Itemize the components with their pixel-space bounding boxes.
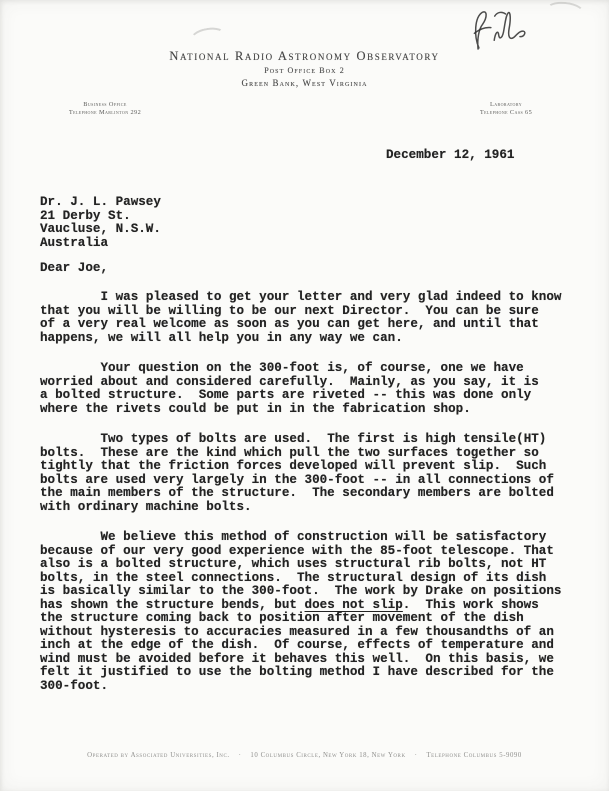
scan-artifact xyxy=(189,25,228,50)
laboratory-block: Laboratory Telephone Cass 65 xyxy=(436,101,576,116)
recipient-line: Vaucluse, N.S.W. xyxy=(40,223,161,237)
letter-body: I was pleased to get your letter and ver… xyxy=(40,291,581,710)
laboratory-label: Laboratory xyxy=(436,101,576,109)
recipient-line: Dr. J. L. Pawsey xyxy=(40,196,161,210)
page-footer: Operated by Associated Universities, Inc… xyxy=(0,752,609,759)
recipient-line: 21 Derby St. xyxy=(40,210,161,224)
business-office-label: Business Office xyxy=(35,101,175,109)
footer-separator: · xyxy=(239,752,242,759)
salutation: Dear Joe, xyxy=(40,262,108,276)
date-line: December 12, 1961 xyxy=(386,149,514,163)
footer-operated-by: Operated by Associated Universities, Inc… xyxy=(87,752,229,759)
organization-name: National Radio Astronomy Observatory xyxy=(0,50,609,63)
paragraph-1: I was pleased to get your letter and ver… xyxy=(40,291,581,345)
paragraph-3: Two types of bolts are used. The first i… xyxy=(40,433,581,514)
underlined-phrase: does not slip xyxy=(305,598,403,612)
footer-telephone: Telephone Columbus 5-9090 xyxy=(426,752,521,759)
handwritten-file-note xyxy=(461,0,552,56)
paragraph-4: We believe this method of construction w… xyxy=(40,531,581,693)
recipient-line: Australia xyxy=(40,237,161,251)
paragraph-2: Your question on the 300-foot is, of cou… xyxy=(40,362,581,416)
letter-page: National Radio Astronomy Observatory Pos… xyxy=(0,0,609,791)
recipient-address: Dr. J. L. Pawsey 21 Derby St. Vaucluse, … xyxy=(40,196,161,250)
paragraph-4-text: . This work shows the structure coming b… xyxy=(40,598,554,693)
laboratory-phone: Telephone Cass 65 xyxy=(436,109,576,117)
business-office-block: Business Office Telephone Marlinton 292 xyxy=(35,101,175,116)
location-line: Green Bank, West Virginia xyxy=(0,79,609,88)
footer-separator: · xyxy=(415,752,418,759)
footer-address: 10 Columbus Circle, New York 18, New Yor… xyxy=(250,752,405,759)
letterhead: National Radio Astronomy Observatory Pos… xyxy=(0,50,609,88)
business-office-phone: Telephone Marlinton 292 xyxy=(35,109,175,117)
po-box-line: Post Office Box 2 xyxy=(0,67,609,75)
scan-artifact xyxy=(544,0,586,24)
